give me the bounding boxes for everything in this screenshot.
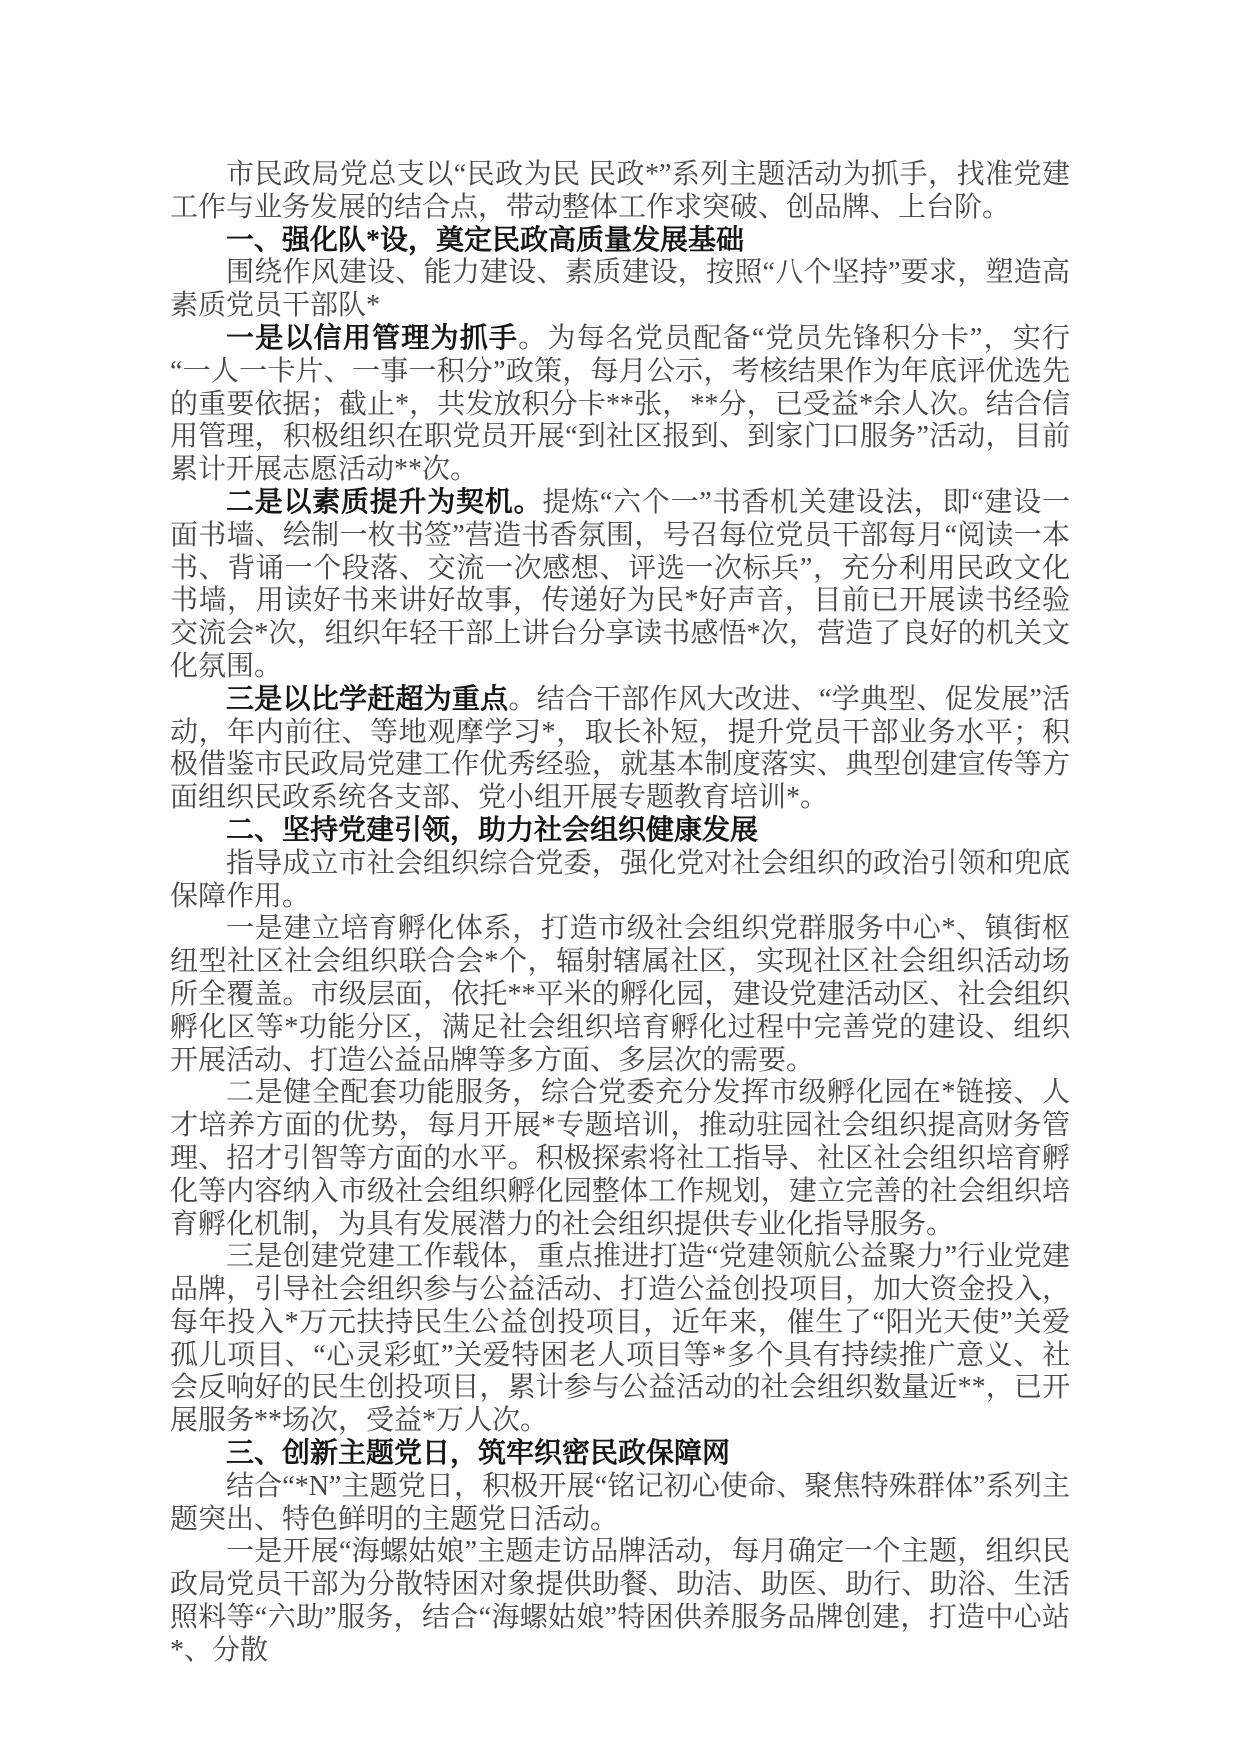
paragraph-bold-lead: 二是以素质提升为契机。: [226, 487, 542, 518]
paragraph: 二是健全配套功能服务，综合党委充分发挥市级孵化园在*链接、人才培养方面的优势，每…: [170, 1077, 1070, 1241]
paragraph: 围绕作风建设、能力建设、素质建设，按照“八个坚持”要求，塑造高素质党员干部队*: [170, 257, 1070, 323]
paragraph: 市民政局党总支以“民政为民 民政*”系列主题活动为抓手，找准党建工作与业务发展的…: [170, 159, 1070, 225]
paragraph-bold-lead: 一是以信用管理为抓手: [226, 323, 518, 354]
paragraph-bold-lead: 三是以比学赶超为重点: [226, 684, 508, 715]
paragraph: 一是建立培育孵化体系，打造市级社会组织党群服务中心*、镇街枢纽型社区社会组织联合…: [170, 913, 1070, 1077]
paragraph: 指导成立市社会组织综合党委，强化党对社会组织的政治引领和兜底保障作用。: [170, 848, 1070, 914]
section-heading: 三、创新主题党日，筑牢织密民政保障网: [170, 1438, 1070, 1471]
document-page: 市民政局党总支以“民政为民 民政*”系列主题活动为抓手，找准党建工作与业务发展的…: [0, 0, 1240, 1754]
paragraph: 三是创建党建工作载体，重点推进打造“党建领航公益聚力”行业党建品牌，引导社会组织…: [170, 1241, 1070, 1438]
paragraph: 二是以素质提升为契机。提炼“六个一”书香机关建设法，即“建设一面书墙、绘制一枚书…: [170, 487, 1070, 684]
paragraph: 结合“*N”主题党日，积极开展“铭记初心使命、聚焦特殊群体”系列主题突出、特色鲜…: [170, 1471, 1070, 1537]
section-heading: 二、坚持党建引领，助力社会组织健康发展: [170, 815, 1070, 848]
section-heading: 一、强化队*设，奠定民政高质量发展基础: [170, 225, 1070, 258]
paragraph: 一是以信用管理为抓手。为每名党员配备“党员先锋积分卡”，实行“一人一卡片、一事一…: [170, 323, 1070, 487]
paragraph: 三是以比学赶超为重点。结合干部作风大改进、“学典型、促发展”活动，年内前往、等地…: [170, 684, 1070, 815]
paragraph: 一是开展“海螺姑娘”主题走访品牌活动，每月确定一个主题，组织民政局党员干部为分散…: [170, 1536, 1070, 1667]
document-body: 市民政局党总支以“民政为民 民政*”系列主题活动为抓手，找准党建工作与业务发展的…: [170, 159, 1070, 1668]
